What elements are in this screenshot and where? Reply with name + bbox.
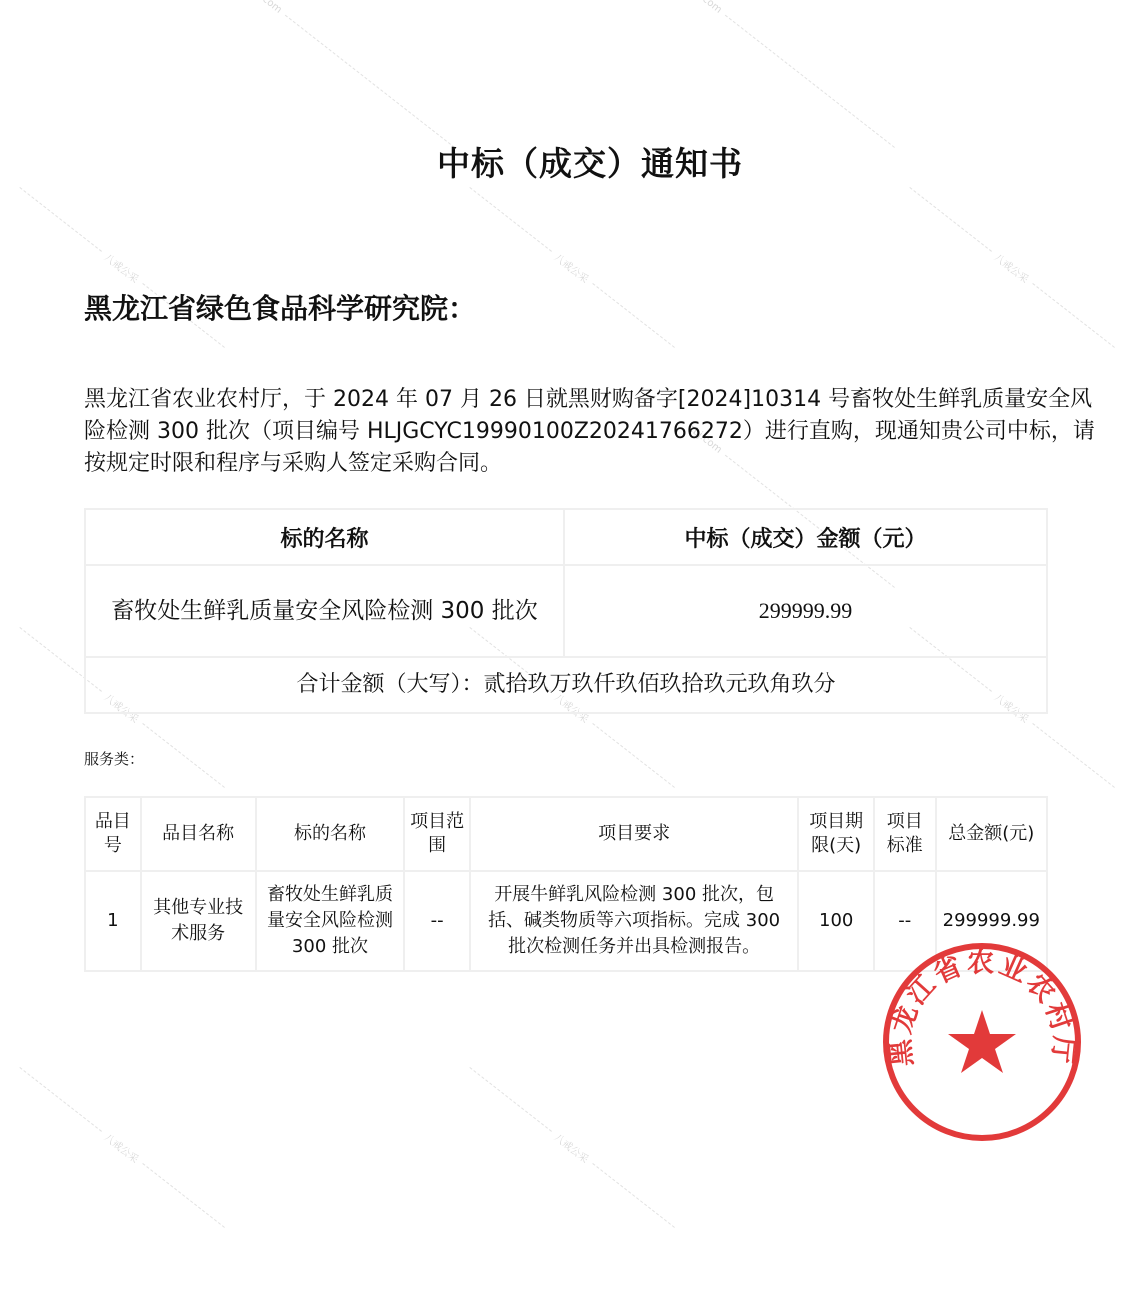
header-category: 品目名称 (141, 797, 256, 871)
item-requirements: 开展牛鲜乳风险检测 300 批次，包括、碱类物质等六项指标。完成 300 批次检… (470, 871, 799, 971)
header-standard: 项目标准 (874, 797, 936, 871)
seal-graphic: 黑龙江省农业农村厅 (880, 940, 1084, 1144)
header-item-no: 品目号 (85, 797, 141, 871)
header-total: 总金额(元) (936, 797, 1047, 871)
service-category-label: 服务类： (84, 748, 144, 769)
item-no: 1 (85, 871, 141, 971)
header-requirements: 项目要求 (470, 797, 799, 871)
star-icon (948, 1010, 1016, 1073)
header-award-amount: 中标（成交）金额（元） (564, 509, 1047, 565)
award-total-row: 合计金额（大写）：贰拾玖万玖仟玖佰玖拾玖元玖角玖分 (85, 657, 1047, 713)
notice-body: 黑龙江省农业农村厅，于 2024 年 07 月 26 日就黑财购备字[2024]… (84, 384, 1104, 480)
award-amount: 299999.99 (564, 565, 1047, 657)
header-duration: 项目期限(天) (798, 797, 874, 871)
award-table: 标的名称 中标（成交）金额（元） 畜牧处生鲜乳质量安全风险检测 300 批次 2… (84, 508, 1048, 714)
item-subject: 畜牧处生鲜乳质量安全风险检测 300 批次 (256, 871, 405, 971)
item-duration: 100 (798, 871, 874, 971)
header-scope: 项目范围 (404, 797, 470, 871)
document-title: 中标（成交）通知书 (0, 138, 1124, 185)
item-category: 其他专业技术服务 (141, 871, 256, 971)
item-scope: -- (404, 871, 470, 971)
award-table-row: 畜牧处生鲜乳质量安全风险检测 300 批次 299999.99 (85, 565, 1047, 657)
items-table-header: 品目号 品目名称 标的名称 项目范围 项目要求 项目期限(天) 项目标准 总金额… (85, 797, 1047, 871)
recipient-heading: 黑龙江省绿色食品科学研究院： (84, 287, 476, 327)
header-subject: 标的名称 (256, 797, 405, 871)
header-subject-name: 标的名称 (85, 509, 564, 565)
award-total-uppercase: 合计金额（大写）：贰拾玖万玖仟玖佰玖拾玖元玖角玖分 (85, 657, 1047, 713)
award-table-header: 标的名称 中标（成交）金额（元） (85, 509, 1047, 565)
official-seal: 黑龙江省农业农村厅 (880, 940, 1084, 1144)
award-subject-name: 畜牧处生鲜乳质量安全风险检测 300 批次 (85, 565, 564, 657)
